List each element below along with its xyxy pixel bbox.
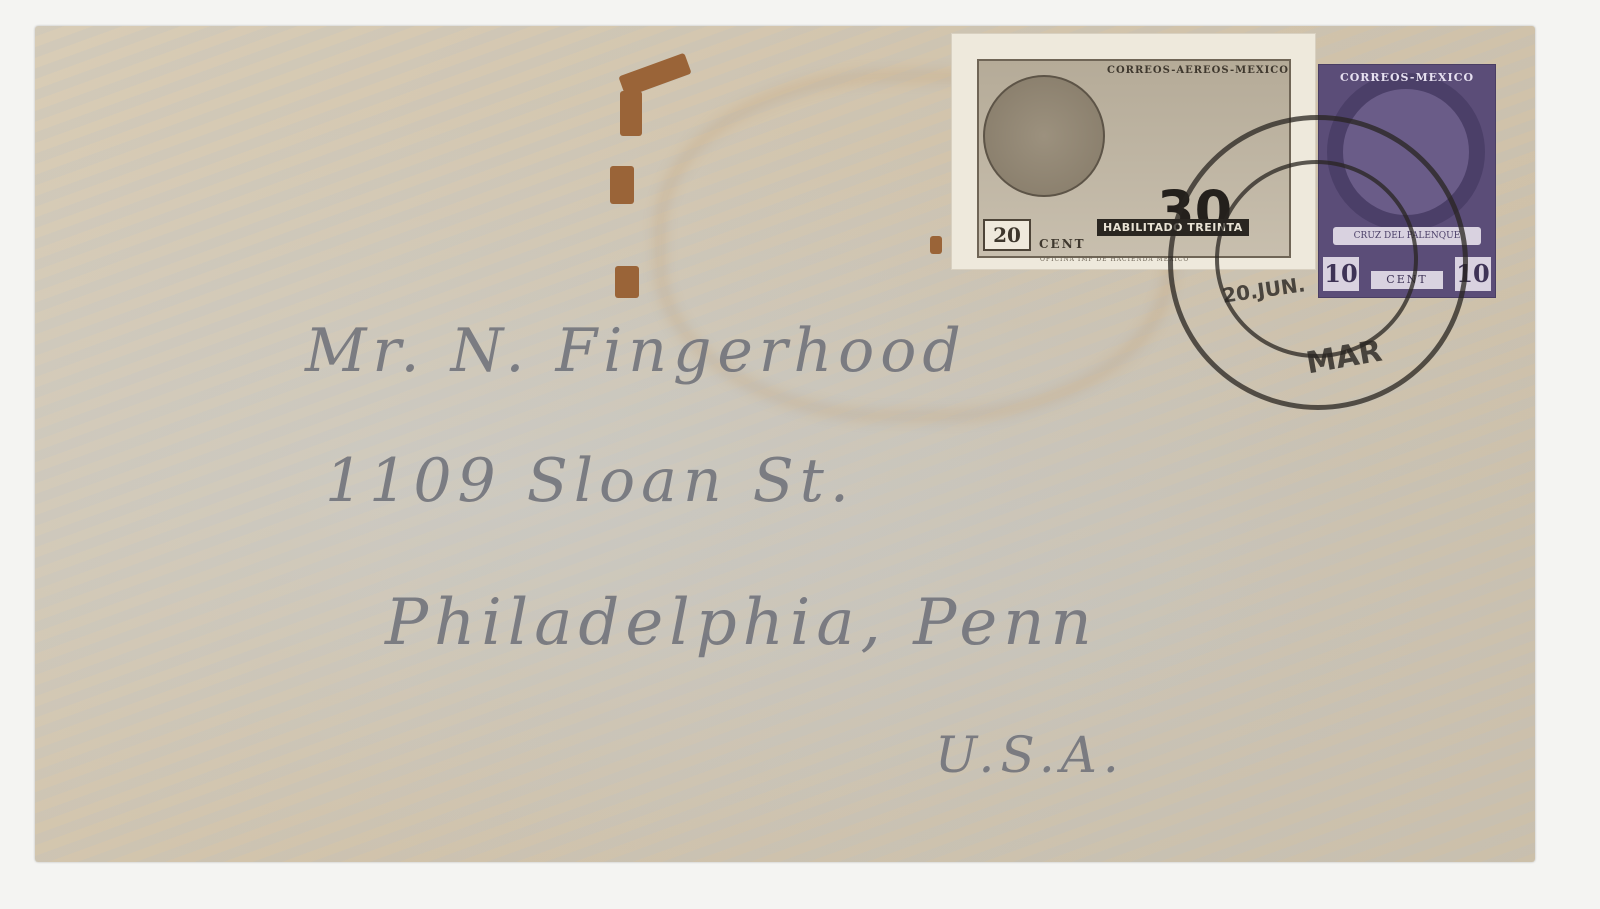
address-line-3: Philadelphia, Penn xyxy=(385,586,1098,660)
eagle-seal-icon xyxy=(983,75,1105,197)
stamp-value: 20 xyxy=(983,219,1031,251)
stamp-header: CORREOS-AEREOS-MEXICO xyxy=(1107,65,1289,76)
postmark-inner xyxy=(1215,160,1418,358)
glue-residue xyxy=(610,166,634,204)
address-line-1: Mr. N. Fingerhood xyxy=(305,316,967,386)
address-line-2: 1109 Sloan St. xyxy=(325,446,855,516)
stamp-imprint: OFICINA IMP DE HACIENDA MEXICO xyxy=(1040,256,1189,263)
glue-residue xyxy=(930,236,942,254)
glue-residue xyxy=(620,91,642,136)
address-line-4: U.S.A. xyxy=(935,726,1125,784)
glue-residue xyxy=(615,266,639,298)
indicium-header: CORREOS-MEXICO xyxy=(1319,71,1495,84)
stamp-unit: CENT xyxy=(1039,237,1086,251)
